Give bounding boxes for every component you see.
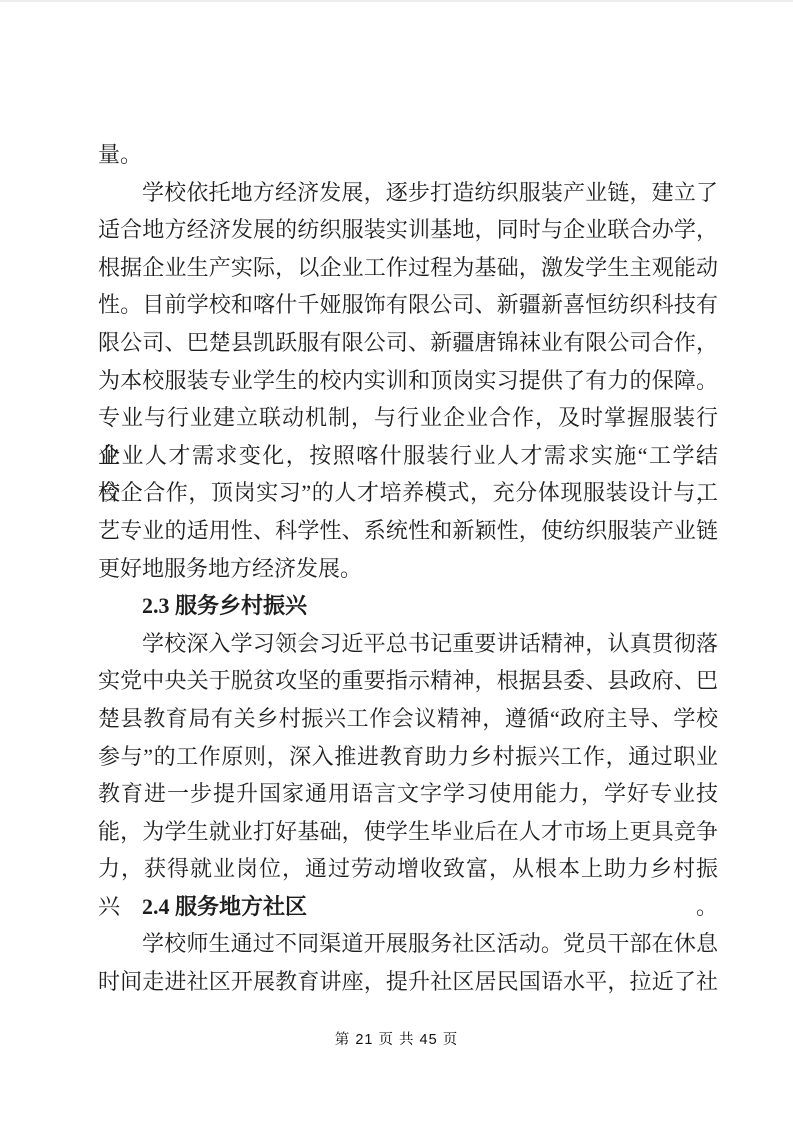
text-line: 限公司、巴楚县凯跃服有限公司、新疆唐锦袜业有限公司合作， [98, 324, 718, 362]
text-line: 根据企业生产实际，以企业工作过程为基础，激发学生主观能动 [98, 249, 718, 287]
text-line: 为本校服装专业学生的校内实训和顶岗实习提供了有力的保障。 [98, 362, 718, 400]
text-line: 专业与行业建立联动机制，与行业企业合作，及时掌握服装行业、 [98, 399, 718, 437]
text-line: 企业人才需求变化，按照喀什服装行业人才需求实施“工学结合， [98, 437, 718, 475]
text-line: 学校师生通过不同渠道开展服务社区活动。党员干部在休息 [98, 925, 718, 963]
text-line: 艺专业的适用性、科学性、系统性和新颖性，使纺织服装产业链 [98, 512, 718, 550]
document-page-content: 量。学校依托地方经济发展，逐步打造纺织服装产业链，建立了适合地方经济发展的纺织服… [98, 136, 718, 1001]
text-line: 能，为学生就业打好基础，使学生毕业后在人才市场上更具竞争 [98, 813, 718, 851]
text-line: 更好地服务地方经济发展。 [98, 550, 718, 588]
text-line: 楚县教育局有关乡村振兴工作会议精神，遵循“政府主导、学校 [98, 700, 718, 738]
page-top-edge [0, 0, 793, 2]
text-line: 适合地方经济发展的纺织服装实训基地，同时与企业联合办学， [98, 211, 718, 249]
text-line: 教育进一步提升国家通用语言文字学习使用能力，学好专业技 [98, 775, 718, 813]
text-line: 时间走进社区开展教育讲座，提升社区居民国语水平，拉近了社 [98, 963, 718, 1001]
text-line: 校企合作，顶岗实习”的人才培养模式，充分体现服装设计与工 [98, 474, 718, 512]
text-line: 学校依托地方经济发展，逐步打造纺织服装产业链，建立了 [98, 174, 718, 212]
text-line: 实党中央关于脱贫攻坚的重要指示精神，根据县委、县政府、巴 [98, 662, 718, 700]
page-number-footer: 第 21 页 共 45 页 [0, 1028, 793, 1049]
text-line: 量。 [98, 136, 718, 174]
text-line: 参与”的工作原则，深入推进教育助力乡村振兴工作，通过职业 [98, 738, 718, 776]
section-heading: 2.3 服务乡村振兴 [98, 587, 718, 625]
text-line: 性。目前学校和喀什千娅服饰有限公司、新疆新喜恒纺织科技有 [98, 286, 718, 324]
text-line: 学校深入学习领会习近平总书记重要讲话精神，认真贯彻落 [98, 625, 718, 663]
text-line: 力，获得就业岗位，通过劳动增收致富，从根本上助力乡村振兴。 [98, 850, 718, 888]
